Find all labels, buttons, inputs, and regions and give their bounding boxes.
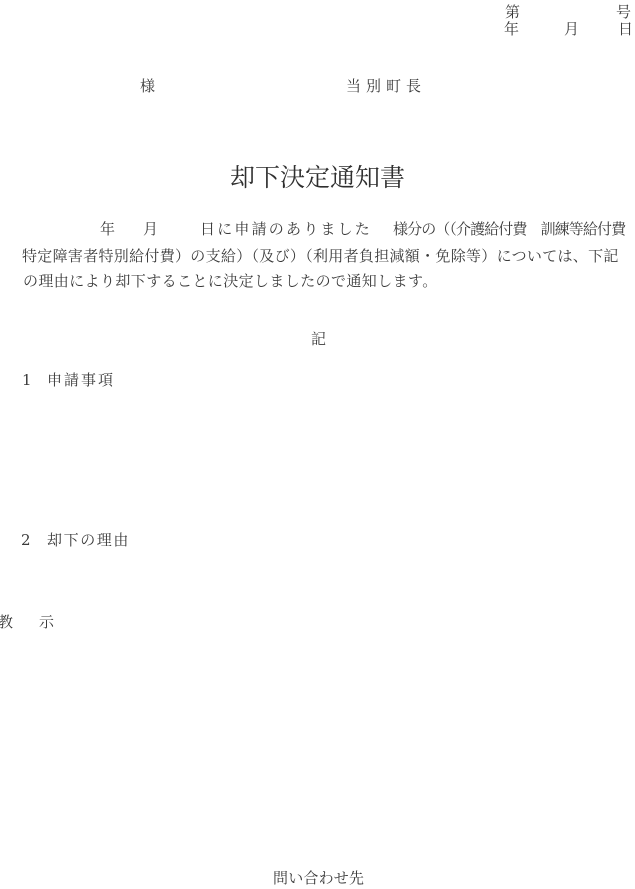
document-page: 第 号 年 月 日 様 当別町長 却下決定通知書 年 月 日に申請のありました … [0, 0, 635, 889]
ki-marker: 記 [311, 331, 326, 348]
sender-name: 当別町長 [346, 78, 426, 95]
body-month-label: 月 [143, 221, 158, 238]
addressee-honorific: 様 [140, 78, 155, 95]
item-2-label: 却下の理由 [47, 532, 130, 549]
date-year-label: 年 [504, 21, 519, 38]
body-line1-tail: 様分の（（介護給付費 訓練等給付費 [393, 221, 625, 238]
body-applied-text: 日に申請のありました [200, 221, 372, 238]
body-line2: 特定障害者特別給付費）の支給）（及び）（利用者負担減額・免除等）については、下記 [22, 248, 619, 265]
page-title: 却下決定通知書 [0, 164, 635, 192]
date-month-label: 月 [564, 21, 579, 38]
item-1-label: 申請事項 [47, 372, 115, 389]
footer-contact-label: 問い合わせ先 [273, 870, 364, 887]
date-day-label: 日 [618, 21, 633, 38]
item-2-number: 2 [21, 532, 31, 549]
item-1-number: 1 [22, 372, 32, 389]
doc-number-prefix: 第 [505, 4, 520, 21]
kyoji-notice-label: 教 示 [0, 614, 60, 631]
doc-number-suffix: 号 [616, 4, 631, 21]
body-line3: の理由により却下することに決定しましたので通知します。 [23, 273, 438, 290]
body-year-label: 年 [100, 221, 115, 238]
